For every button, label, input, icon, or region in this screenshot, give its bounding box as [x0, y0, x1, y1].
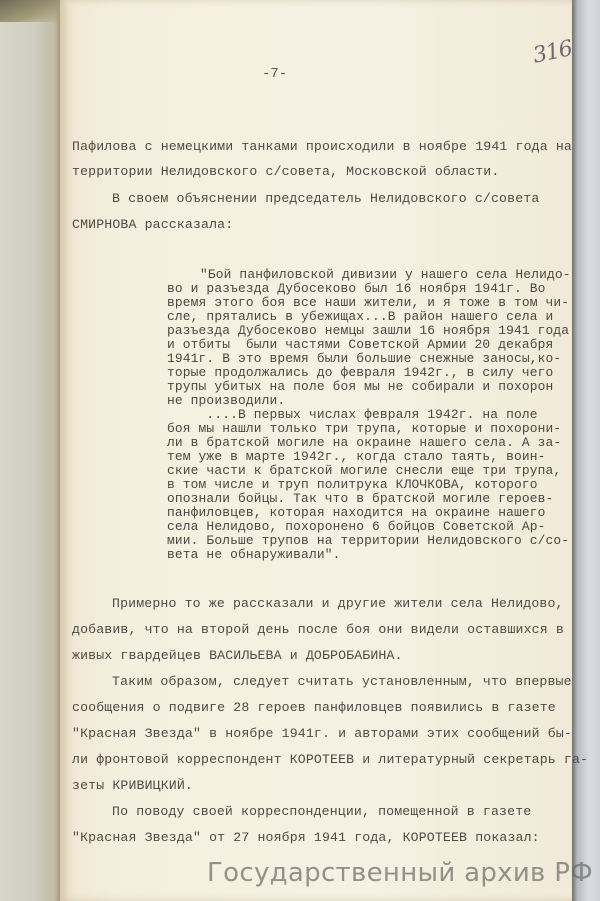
text-line: Таким образом, следует считать установле…: [112, 674, 572, 689]
text-line: живых гвардейцев ВАСИЛЬЕВА и ДОБРОБАБИНА…: [72, 648, 403, 663]
binding-shadow: [0, 0, 62, 22]
quote-line: сле, прятались в убежищах...В район наше…: [167, 310, 553, 324]
quote-line: трупы убитых на поле боя мы не собирали …: [167, 380, 553, 394]
binding-strip: [0, 0, 60, 901]
text-line: Пафилова с немецкими танками происходили…: [72, 139, 572, 154]
quote-line: ....В первых числах февраля 1942г. на по…: [167, 408, 538, 422]
quote-line: тем уже в марте 1942г., когда стало таят…: [167, 450, 546, 464]
archive-watermark: Государственный архив РФ: [207, 858, 593, 888]
quote-line: опознали бойцы. Так что в братской могил…: [167, 492, 553, 506]
quote-line: панфиловцев, которая находится на окраин…: [167, 506, 546, 520]
quote-line: ли в братской могиле на окраине нашего с…: [167, 436, 561, 450]
quote-line: во и разъезда Дубосеково был 16 ноября 1…: [167, 282, 546, 296]
quote-line: разъезда Дубосеково немцы зашли 16 ноябр…: [167, 324, 569, 338]
quote-line: в том числе и труп политрука КЛОЧКОВА, к…: [167, 478, 538, 492]
quote-line: торые продолжались до февраля 1942г., в …: [167, 366, 553, 380]
quote-line: не производили.: [167, 394, 285, 408]
page-number: -7-: [262, 66, 287, 82]
text-line: "Красная Звезда" в ноябре 1941г. и автор…: [72, 726, 572, 741]
text-line: территории Нелидовского с/совета, Москов…: [72, 164, 499, 179]
quote-line: вета не обнаруживали".: [167, 548, 340, 562]
text-line: В своем объяснении председатель Нелидовс…: [112, 191, 539, 206]
text-line: добавив, что на второй день после боя он…: [72, 622, 564, 637]
text-line: "Красная Звезда" от 27 ноября 1941 года,…: [72, 830, 540, 845]
text-line: сообщения о подвиге 28 героев панфиловце…: [72, 700, 556, 715]
text-line: По поводу своей корреспонденции, помещен…: [112, 804, 531, 819]
text-line: СМИРНОВА рассказала:: [72, 217, 233, 232]
quote-line: "Бой панфиловской дивизии у нашего села …: [200, 268, 571, 282]
text-line: Примерно то же рассказали и другие жител…: [112, 596, 564, 611]
quote-line: ские части к братской могиле снесли еще …: [167, 464, 561, 478]
quote-line: мии. Больше трупов на территории Нелидов…: [167, 534, 569, 548]
quote-line: села Нелидово, похоронено 6 бойцов Совет…: [167, 520, 546, 534]
quote-line: и отбиты были частями Советской Армии 20…: [167, 338, 553, 352]
text-line: зеты КРИВИЦКИЙ.: [72, 778, 193, 793]
text-line: ли фронтовой корреспондент КОРОТЕЕВ и ли…: [72, 752, 588, 767]
quote-line: боя мы нашли только три трупа, которые и…: [167, 422, 561, 436]
quote-line: время этого боя все наши жители, и я тож…: [167, 296, 569, 310]
quote-line: 1941г. В это время были большие снежные …: [167, 352, 561, 366]
